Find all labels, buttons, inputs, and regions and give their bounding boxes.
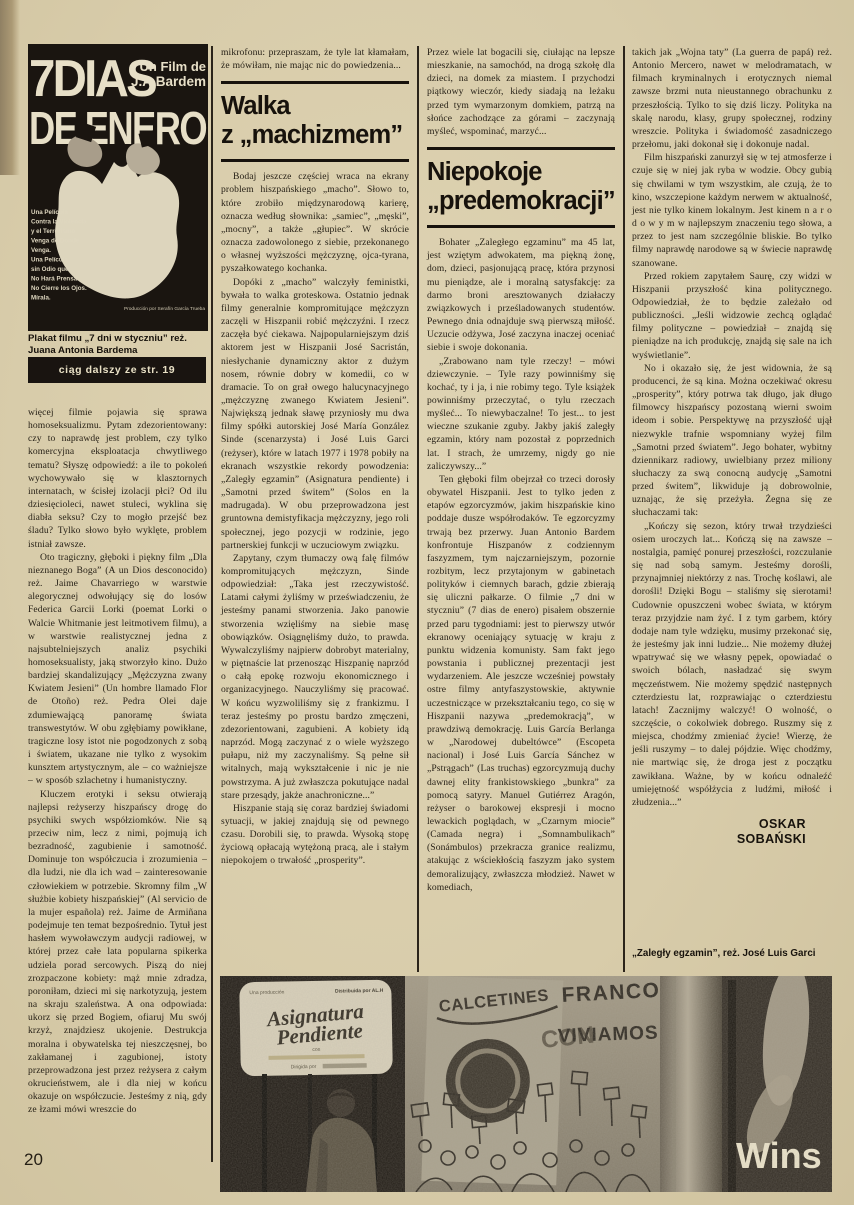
- column-1: więcej filmie pojawia się sprawa homosek…: [28, 406, 207, 1116]
- poster-credit-line1: Un Film de: [140, 59, 206, 74]
- paragraph: więcej filmie pojawia się sprawa homosek…: [28, 406, 207, 551]
- paragraph: Ten głęboki film obejrzał co trzeci doro…: [427, 473, 615, 894]
- poster-production-credit: Producción por Serafín García Trueba: [124, 306, 205, 312]
- section-heading-block: Niepokoje „predemokracji”: [427, 147, 615, 228]
- paragraph: „Zrabowano nam tyle rzeczy! – mówi dziew…: [427, 355, 615, 473]
- section-heading-niepokoje-predemokracji: Niepokoje „predemokracji”: [427, 158, 615, 216]
- paragraph: Oto tragiczny, głęboki i piękny film „Dl…: [28, 551, 207, 788]
- page-number: 20: [24, 1150, 43, 1170]
- poster-side-line: Mírala.: [31, 295, 51, 302]
- paragraph: Dopóki z „macho” walczyły feministki, by…: [221, 276, 409, 552]
- heading-line: „predemokracji”: [427, 187, 615, 216]
- heading-rule-bottom: [427, 225, 615, 228]
- photo-caption: „Zaległy egzamin”, reż. José Luis Garci: [632, 948, 832, 960]
- section-heading-walka-z-machizmem: Walka z „machizmem”: [221, 92, 409, 150]
- poster-side-line: Una Película: [31, 257, 68, 264]
- poster-side-line: Contra la Violencia: [31, 219, 87, 226]
- poster-side-line: No Cierre los Ojos.: [31, 285, 87, 292]
- scan-smudge: [0, 0, 20, 175]
- poster-side-line: Venga de Donde: [31, 238, 80, 245]
- paragraph: Bohater „Zaległego egzaminu” ma 45 lat, …: [427, 236, 615, 354]
- poster-caption: Plakat filmu „7 dni w styczniu” reż. Jua…: [28, 333, 208, 357]
- heading-rule-bottom: [221, 159, 409, 162]
- poster-side-line: No Hará Prensa.: [31, 276, 79, 283]
- column-4: takich jak „Wojna taty” (La guerra de pa…: [632, 46, 832, 847]
- film-poster-7-dias-de-enero: 7DIAS Un Film de J.A.Bardem DE ENERO Una…: [28, 44, 208, 331]
- paragraph: No i okazało się, że jest widownia, że s…: [632, 362, 832, 520]
- poster-title-line2: DE ENERO: [29, 102, 206, 154]
- paragraph: Film hiszpański zanurzył się w tej atmos…: [632, 151, 832, 269]
- poster-side-line: Una Película: [31, 209, 68, 216]
- byline-line: OSKAR: [632, 817, 806, 832]
- poster-side-line: sin Odio que: [31, 266, 69, 273]
- paragraph: Kluczem erotyki i seksu otwierają najlep…: [28, 788, 207, 1117]
- paragraph: Hiszpanie stają się coraz bardziej świad…: [221, 802, 409, 868]
- heading-line: Walka: [221, 92, 409, 121]
- column-3: Przez wiele lat bogacili się, ciułając n…: [427, 46, 615, 894]
- poster-side-line: y el Terrorismo: [31, 228, 75, 235]
- heading-rule-top: [427, 147, 615, 150]
- section-heading-block: Walka z „machizmem”: [221, 81, 409, 162]
- paragraph: Zapytany, czym tłumaczy ową falę filmów …: [221, 552, 409, 802]
- poster-credit-line2: J.A.Bardem: [131, 74, 206, 89]
- byline-line: SOBAŃSKI: [632, 832, 806, 847]
- film-grain-overlay: [220, 976, 832, 1192]
- paragraph: Przed rokiem zapytałem Saurę, czy widzi …: [632, 270, 832, 362]
- column-rule-2: [417, 46, 419, 972]
- paragraph: takich jak „Wojna taty” (La guerra de pa…: [632, 46, 832, 151]
- film-still-photo: Una producción Distribuida por AL.H Asig…: [220, 976, 832, 1192]
- paragraph: mikrofonu: przepraszam, że tyle lat kłam…: [221, 46, 409, 72]
- heading-line: Niepokoje: [427, 158, 615, 187]
- heading-rule-top: [221, 81, 409, 84]
- poster-side-line: Venga.: [31, 247, 51, 254]
- heading-line: z „machizmem”: [221, 121, 409, 150]
- paragraph: Bodaj jeszcze częściej wraca na ekrany p…: [221, 170, 409, 275]
- column-rule-1: [211, 46, 213, 1162]
- continued-from-notice: ciąg dalszy ze str. 19: [28, 357, 206, 383]
- author-byline: OSKAR SOBAŃSKI: [632, 817, 832, 847]
- column-2: mikrofonu: przepraszam, że tyle lat kłam…: [221, 46, 409, 868]
- column-rule-3: [623, 46, 625, 972]
- paragraph: Przez wiele lat bogacili się, ciułając n…: [427, 46, 615, 138]
- magazine-page: 7DIAS Un Film de J.A.Bardem DE ENERO Una…: [0, 0, 854, 1205]
- paragraph: „Kończy się sezon, który trwał trzydzieś…: [632, 520, 832, 809]
